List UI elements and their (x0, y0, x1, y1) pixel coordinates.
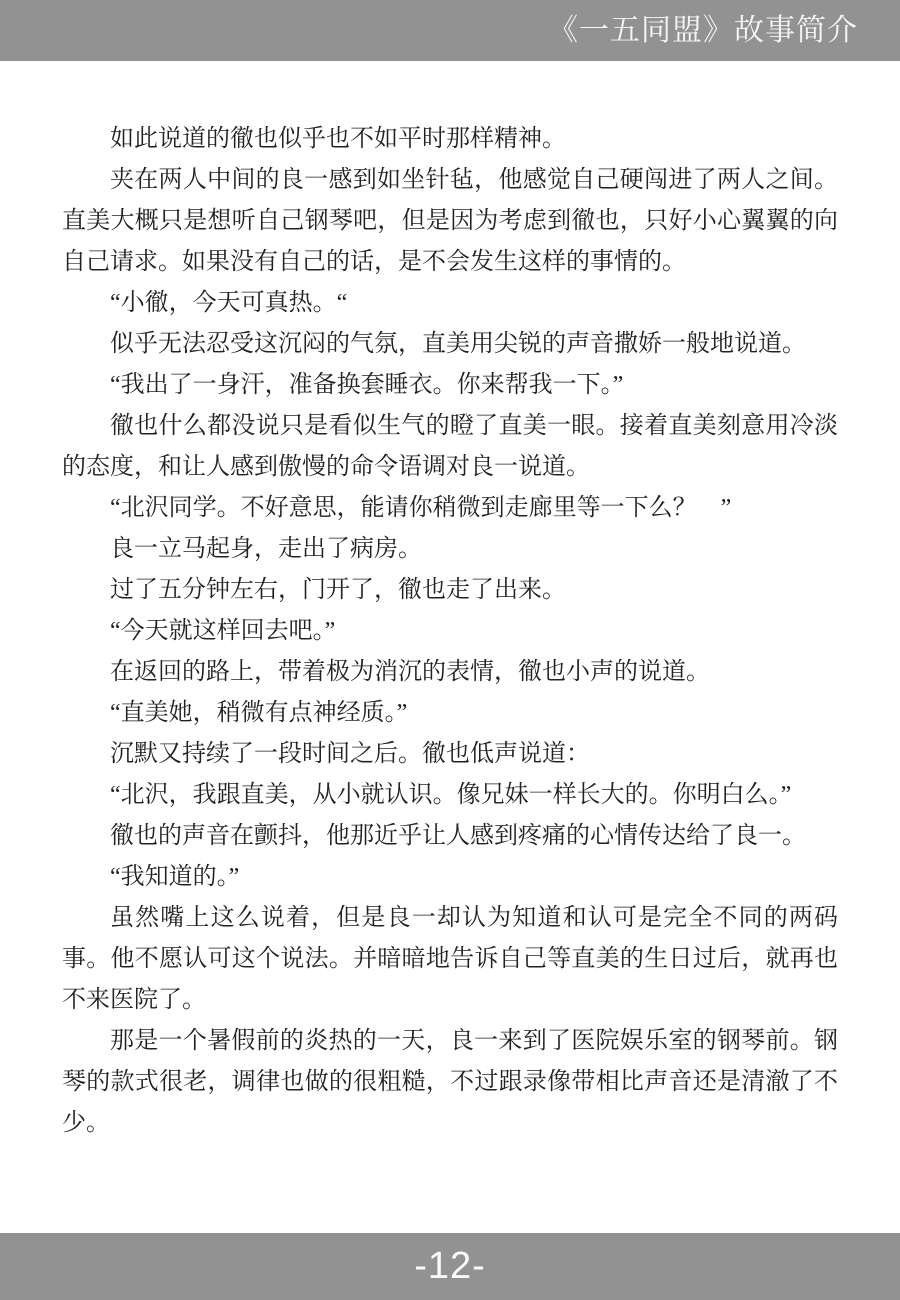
story-paragraph: “北沢同学。不好意思，能请你稍微到走廊里等一下么？ ” (62, 488, 838, 529)
story-paragraph: 沉默又持续了一段时间之后。徹也低声说道： (62, 734, 838, 775)
footer-bar: -12- (0, 1233, 900, 1300)
story-text: 如此说道的徹也似乎也不如平时那样精神。夹在两人中间的良一感到如坐针毡，他感觉自己… (62, 61, 838, 1144)
story-paragraph: 良一立马起身，走出了病房。 (62, 529, 838, 570)
story-paragraph: “直美她，稍微有点神经质。” (62, 693, 838, 734)
header-bar: 《一五同盟》故事简介 (0, 0, 900, 61)
story-paragraph: “小徹，今天可真热。“ (62, 283, 838, 324)
story-paragraph: 过了五分钟左右，门开了，徹也走了出来。 (62, 570, 838, 611)
story-paragraph: “北沢，我跟直美，从小就认识。像兄妹一样长大的。你明白么。” (62, 775, 838, 816)
story-paragraph: 徹也的声音在颤抖，他那近乎让人感到疼痛的心情传达给了良一。 (62, 816, 838, 857)
ebook-page: 《一五同盟》故事简介 如此说道的徹也似乎也不如平时那样精神。夹在两人中间的良一感… (0, 0, 900, 1300)
story-paragraph: “我出了一身汗，准备换套睡衣。你来帮我一下。” (62, 365, 838, 406)
story-paragraph: 似乎无法忍受这沉闷的气氛，直美用尖锐的声音撒娇一般地说道。 (62, 324, 838, 365)
story-paragraph: 那是一个暑假前的炎热的一天，良一来到了医院娱乐室的钢琴前。钢琴的款式很老，调律也… (62, 1021, 838, 1144)
story-paragraph: 如此说道的徹也似乎也不如平时那样精神。 (62, 119, 838, 160)
story-paragraph: 徹也什么都没说只是看似生气的瞪了直美一眼。接着直美刻意用冷淡的态度，和让人感到傲… (62, 406, 838, 488)
chapter-title: 《一五同盟》故事简介 (548, 0, 858, 61)
story-paragraph: “今天就这样回去吧。” (62, 611, 838, 652)
story-paragraph: 夹在两人中间的良一感到如坐针毡，他感觉自己硬闯进了两人之间。直美大概只是想听自己… (62, 160, 838, 283)
page-number: -12- (414, 1245, 486, 1288)
story-paragraph: “我知道的。” (62, 857, 838, 898)
story-paragraph: 虽然嘴上这么说着，但是良一却认为知道和认可是完全不同的两码事。他不愿认可这个说法… (62, 898, 838, 1021)
story-paragraph: 在返回的路上，带着极为消沉的表情，徹也小声的说道。 (62, 652, 838, 693)
